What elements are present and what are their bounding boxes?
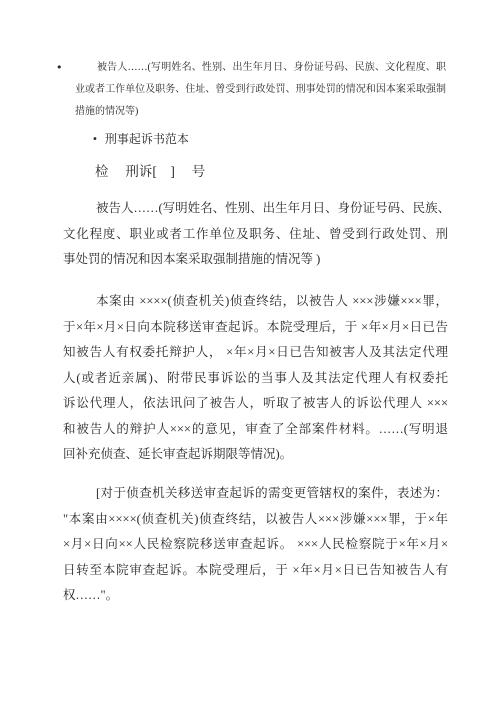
text-line: 于×年×月×日向本院移送审查起诉。本院受理后，于 ×年×月×日已告 — [63, 315, 448, 341]
bullet-icon: • — [56, 57, 63, 79]
paragraph-defendant-info: 被告人……(写明姓名、性别、出生年月日、身份证号码、民族、 文化程度、职业或者工… — [63, 196, 448, 273]
text-line: [对于侦查机关移送审查起诉的需变更管辖权的案件，表述为： — [63, 481, 448, 507]
bullet-icon: • — [92, 134, 98, 145]
text-line: 日转至本院审查起诉。本院受理后，于 ×年×月×日已告知被告人有 — [63, 558, 448, 584]
doc-title: 刑事起诉书范本 — [105, 132, 189, 146]
paragraph-case-origin: 本案由 ××××(侦查机关)侦查终结，以被告人 ×××涉嫌×××罪， 于×年×月… — [63, 289, 448, 468]
text-line: 回补充侦查、延长审查起诉期限等情况)。 — [63, 442, 448, 468]
text-line: 本案由 ××××(侦查机关)侦查终结，以被告人 ×××涉嫌×××罪， — [63, 289, 448, 315]
text-line: 被告人……(写明姓名、性别、出生年月日、身份证号码、民族、文化程度、职 — [75, 57, 446, 79]
text-line: 文化程度、职业或者工作单位及职务、住址、曾受到行政处罚、刑 — [63, 222, 448, 248]
text-line: 知被告人有权委托辩护人， ×年×月×日已告知被害人及其法定代理 — [63, 340, 448, 366]
doc-number: 检 刑诉[ ] 号 — [95, 162, 205, 182]
text-line: 权……"。 — [63, 583, 448, 609]
text-line: 人(或者近亲属)、附带民事诉讼的当事人及其法定代理人有权委托 — [63, 366, 448, 392]
text-line: 事处罚的情况和因本案采取强制措施的情况等 ) — [63, 247, 448, 273]
paragraph-jurisdiction-note: [对于侦查机关移送审查起诉的需变更管辖权的案件，表述为： "本案由××××(侦查… — [63, 481, 448, 609]
text-line: 诉讼代理人，依法讯问了被告人，听取了被害人的诉讼代理人 ××× — [63, 391, 448, 417]
text-line: 被告人……(写明姓名、性别、出生年月日、身份证号码、民族、 — [63, 196, 448, 222]
text-line: 和被告人的辩护人×××的意见，审查了全部案件材料。……(写明退 — [63, 417, 448, 443]
doc-title-item: •刑事起诉书范本 — [92, 130, 189, 149]
text-line: "本案由××××(侦查机关)侦查终结，以被告人×××涉嫌×××罪，于×年 — [63, 507, 448, 533]
text-line: 措施的情况等) — [75, 101, 446, 123]
top-list-item: 被告人……(写明姓名、性别、出生年月日、身份证号码、民族、文化程度、职 业或者工… — [75, 57, 446, 123]
document-page: • 被告人……(写明姓名、性别、出生年月日、身份证号码、民族、文化程度、职 业或… — [0, 0, 500, 707]
text-line: 业或者工作单位及职务、住址、曾受到行政处罚、刑事处罚的情况和因本案采取强制 — [75, 79, 446, 101]
text-line: ×月×日向××人民检察院移送审查起诉。 ×××人民检察院于×年×月× — [63, 532, 448, 558]
